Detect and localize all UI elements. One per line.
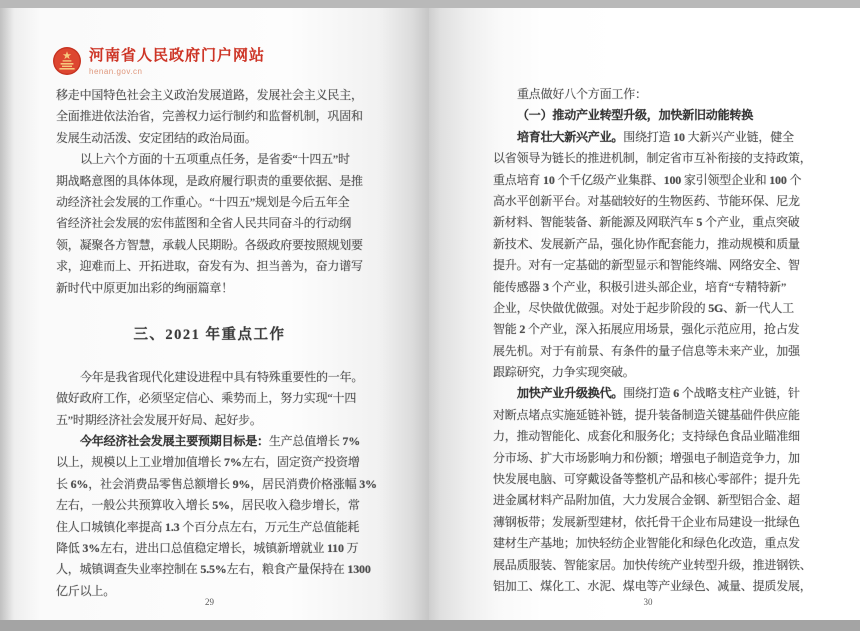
- text-run: 新时代中原更加出彩的绚丽篇章！: [56, 281, 233, 295]
- text-line: 进金属材料产品附加值，大力发展合金钢、新型铝合金、超: [493, 490, 803, 511]
- text-line: 展品质服装、智能家居。加快传统产业转型升级，推进钢铁、: [493, 555, 803, 576]
- text-line: 降低 3%左右，进出口总值稳定增长，城镇新增就业 110 万: [56, 538, 363, 559]
- text-line: 五”时期经济社会发展开好局、起好步。: [56, 410, 363, 431]
- text-run: 力，推动智能化、成套化和服务化；支持绿色食品业瞄准细: [493, 429, 800, 443]
- text-run: 以省领导为链长的推进机制，制定省市互补衔接的支持政策，: [493, 151, 812, 165]
- text-line: （一）推动产业转型升级，加快新旧动能转换: [493, 105, 803, 126]
- text-line: 分市场、扩大市场影响力和份额；增强电子制造竞争力，加: [493, 448, 803, 469]
- section-heading: 三、2021 年重点工作: [56, 323, 363, 347]
- text-line: 移走中国特色社会主义政治发展道路，发展社会主义民主，: [56, 85, 363, 106]
- page-right: 重点做好八个方面工作：（一）推动产业转型升级，加快新旧动能转换培育壮大新兴产业。…: [429, 8, 860, 620]
- text-line: 动经济社会发展的工作重心。“十四五”规划是今后五年全: [56, 192, 363, 213]
- page-number-right: 30: [493, 597, 803, 607]
- page-right-text: 重点做好八个方面工作：（一）推动产业转型升级，加快新旧动能转换培育壮大新兴产业。…: [493, 84, 803, 597]
- text-line: 跟踪研究，力争实现突破。: [493, 362, 803, 383]
- text-run: 分市场、扩大市场影响力和份额；增强电子制造竞争力，加: [493, 451, 800, 465]
- document-viewer: 河南省人民政府门户网站 henan.gov.cn 移走中国特色社会主义政治发展道…: [0, 0, 860, 631]
- text-line: 展先机。对于有前景、有条件的量子信息等未来产业，加强: [493, 341, 803, 362]
- text-run: 全面推进依法治省，完善权力运行制约和监督机制，巩固和: [56, 109, 363, 123]
- text-line: 以上，规模以上工业增加值增长 7%左右，固定资产投资增: [56, 452, 363, 473]
- site-title-block: 河南省人民政府门户网站 henan.gov.cn: [89, 44, 265, 76]
- text-run: 展品质服装、智能家居。加快传统产业转型升级，推进钢铁、: [493, 558, 812, 572]
- text-line: 对断点堵点实施延链补链，提升装备制造关键基础件供应能: [493, 405, 803, 426]
- text-run: 围绕打造 10 大新兴产业链，健全: [623, 130, 794, 144]
- text-line: 重点培育 10 个千亿级产业集群、100 家引领型企业和 100 个: [493, 170, 803, 191]
- text-line: 智能 2 个产业，深入拓展应用场景，强化示范应用，抢占发: [493, 319, 803, 340]
- text-line: 期战略意图的具体体现，是政府履行职责的重要依据、是推: [56, 171, 363, 192]
- text-run: 五”时期经济社会发展开好局、起好步。: [56, 413, 262, 427]
- text-run: 左右，一般公共预算收入增长 5%，居民收入稳步增长，常: [56, 498, 360, 512]
- text-run: 亿斤以上。: [56, 584, 115, 598]
- national-emblem-icon: [52, 46, 82, 76]
- text-run: 领，凝聚各方智慧，承载人民期盼。各级政府要按照规划要: [56, 238, 363, 252]
- text-run: 企业，尽快做优做强。对处于起步阶段的 5G、新一代人工: [493, 301, 794, 315]
- paragraph-block: 移走中国特色社会主义政治发展道路，发展社会主义民主，全面推进依法治省，完善权力运…: [56, 85, 363, 299]
- text-run: 跟踪研究，力争实现突破。: [493, 365, 635, 379]
- page-number-left: 29: [56, 597, 363, 607]
- text-run: 能传感器 3 个产业，积极引进头部企业，培育“专精特新”: [493, 280, 786, 294]
- site-url: henan.gov.cn: [89, 67, 265, 76]
- text-run: 动经济社会发展的工作重心。“十四五”规划是今后五年全: [56, 195, 349, 209]
- text-line: 住人口城镇化率提高 1.3 个百分点左右，万元生产总值能耗: [56, 517, 363, 538]
- text-run: 做好政府工作，必须坚定信心、乘势而上，努力实现“十四: [56, 391, 356, 405]
- text-run: 智能 2 个产业，深入拓展应用场景，强化示范应用，抢占发: [493, 322, 799, 336]
- text-run: 重点做好八个方面工作：: [517, 87, 647, 101]
- text-run: 期战略意图的具体体现，是政府履行职责的重要依据、是推: [56, 174, 363, 188]
- text-line: 薄钢板带；发展新型建材，依托骨干企业布局建设一批绿色: [493, 512, 803, 533]
- text-line: 快发展电脑、可穿戴设备等整机产品和核心零部件；提升先: [493, 469, 803, 490]
- text-line: 做好政府工作，必须坚定信心、乘势而上，努力实现“十四: [56, 388, 363, 409]
- text-run: 移走中国特色社会主义政治发展道路，发展社会主义民主，: [56, 88, 363, 102]
- text-line: 发展生动活泼、安定团结的政治局面。: [56, 128, 363, 149]
- text-run: 对断点堵点实施延链补链，提升装备制造关键基础件供应能: [493, 408, 800, 422]
- text-line: 全面推进依法治省，完善权力运行制约和监督机制，巩固和: [56, 106, 363, 127]
- text-run: 薄钢板带；发展新型建材，依托骨干企业布局建设一批绿色: [493, 515, 800, 529]
- text-line: 以上六个方面的十五项重点任务，是省委“十四五”时: [56, 149, 363, 170]
- text-line: 求，迎难而上、开拓进取，奋发有为、担当善为，奋力谱写: [56, 256, 363, 277]
- text-run: 省经济社会发展的宏伟蓝图和全省人民共同奋斗的行动纲: [56, 216, 351, 230]
- text-line: 铝加工、煤化工、水泥、煤电等产业绿色、减量、提质发展，: [493, 576, 803, 597]
- text-run: 展先机。对于有前景、有条件的量子信息等未来产业，加强: [493, 344, 800, 358]
- text-line: 今年是我省现代化建设进程中具有特殊重要性的一年。: [56, 367, 363, 388]
- text-line: 企业，尽快做优做强。对处于起步阶段的 5G、新一代人工: [493, 298, 803, 319]
- text-run: 进金属材料产品附加值，大力发展合金钢、新型铝合金、超: [493, 493, 800, 507]
- text-run: 建材生产基地；加快轻纺企业智能化和绿色化改造，重点发: [493, 536, 800, 550]
- text-run: 围绕打造 6 个战略支柱产业链，针: [623, 386, 800, 400]
- text-line: 能传感器 3 个产业，积极引进头部企业，培育“专精特新”: [493, 277, 803, 298]
- text-run: 以上，规模以上工业增加值增长 7%左右，固定资产投资增: [56, 455, 360, 469]
- text-line: 力，推动智能化、成套化和服务化；支持绿色食品业瞄准细: [493, 426, 803, 447]
- text-line: 领，凝聚各方智慧，承载人民期盼。各级政府要按照规划要: [56, 235, 363, 256]
- text-run: 降低 3%左右，进出口总值稳定增长，城镇新增就业 110 万: [56, 541, 358, 555]
- text-run: 求，迎难而上、开拓进取，奋发有为、担当善为，奋力谱写: [56, 259, 363, 273]
- text-line: 新材料、智能装备、新能源及网联汽车 5 个产业，重点突破: [493, 212, 803, 233]
- page-left-text: 移走中国特色社会主义政治发展道路，发展社会主义民主，全面推进依法治省，完善权力运…: [56, 85, 363, 602]
- paragraph-block: 今年是我省现代化建设进程中具有特殊重要性的一年。做好政府工作，必须坚定信心、乘势…: [56, 367, 363, 602]
- bold-text-run: 加快产业升级换代。: [517, 386, 623, 400]
- text-line: 省经济社会发展的宏伟蓝图和全省人民共同奋斗的行动纲: [56, 213, 363, 234]
- text-line: 人，城镇调查失业率控制在 5.5%左右，粮食产量保持在 1300: [56, 559, 363, 580]
- text-line: 提升。对有一定基础的新型显示和智能终端、网络安全、智: [493, 255, 803, 276]
- text-run: 新技术、发展新产品，强化协作配套能力，推动规模和质量: [493, 237, 800, 251]
- site-header: 河南省人民政府门户网站 henan.gov.cn: [52, 44, 265, 76]
- text-line: 今年经济社会发展主要预期目标是：生产总值增长 7%: [56, 431, 363, 452]
- text-line: 新时代中原更加出彩的绚丽篇章！: [56, 278, 363, 299]
- text-run: 新材料、智能装备、新能源及网联汽车 5 个产业，重点突破: [493, 215, 799, 229]
- text-line: 重点做好八个方面工作：: [493, 84, 803, 105]
- site-title: 河南省人民政府门户网站: [89, 44, 265, 65]
- text-run: 长 6%，社会消费品零售总额增长 9%，居民消费价格涨幅 3%: [56, 477, 377, 491]
- text-run: 人，城镇调查失业率控制在 5.5%左右，粮食产量保持在 1300: [56, 562, 371, 576]
- text-line: 长 6%，社会消费品零售总额增长 9%，居民消费价格涨幅 3%: [56, 474, 363, 495]
- text-line: 以省领导为链长的推进机制，制定省市互补衔接的支持政策，: [493, 148, 803, 169]
- bold-text-run: 今年经济社会发展主要预期目标是：: [80, 434, 269, 448]
- text-run: 高水平创新平台。对基础较好的生物医药、节能环保、尼龙: [493, 194, 800, 208]
- text-run: 快发展电脑、可穿戴设备等整机产品和核心零部件；提升先: [493, 472, 800, 486]
- text-run: 发展生动活泼、安定团结的政治局面。: [56, 131, 257, 145]
- text-run: 提升。对有一定基础的新型显示和智能终端、网络安全、智: [493, 258, 800, 272]
- text-run: 住人口城镇化率提高 1.3 个百分点左右，万元生产总值能耗: [56, 520, 359, 534]
- text-run: 今年是我省现代化建设进程中具有特殊重要性的一年。: [80, 370, 363, 384]
- text-line: 左右，一般公共预算收入增长 5%，居民收入稳步增长，常: [56, 495, 363, 516]
- text-line: 新技术、发展新产品，强化协作配套能力，推动规模和质量: [493, 234, 803, 255]
- text-line: 加快产业升级换代。围绕打造 6 个战略支柱产业链，针: [493, 383, 803, 404]
- bold-text-run: （一）推动产业转型升级，加快新旧动能转换: [517, 108, 753, 122]
- text-line: 建材生产基地；加快轻纺企业智能化和绿色化改造，重点发: [493, 533, 803, 554]
- bold-text-run: 培育壮大新兴产业。: [517, 130, 623, 144]
- text-line: 培育壮大新兴产业。围绕打造 10 大新兴产业链，健全: [493, 127, 803, 148]
- text-run: 生产总值增长 7%: [269, 434, 360, 448]
- text-run: 以上六个方面的十五项重点任务，是省委“十四五”时: [80, 152, 350, 166]
- page-left: 河南省人民政府门户网站 henan.gov.cn 移走中国特色社会主义政治发展道…: [0, 8, 429, 620]
- text-run: 铝加工、煤化工、水泥、煤电等产业绿色、减量、提质发展，: [493, 579, 812, 593]
- text-line: 高水平创新平台。对基础较好的生物医药、节能环保、尼龙: [493, 191, 803, 212]
- text-run: 重点培育 10 个千亿级产业集群、100 家引领型企业和 100 个: [493, 173, 801, 187]
- paragraph-block: 重点做好八个方面工作：（一）推动产业转型升级，加快新旧动能转换培育壮大新兴产业。…: [493, 84, 803, 597]
